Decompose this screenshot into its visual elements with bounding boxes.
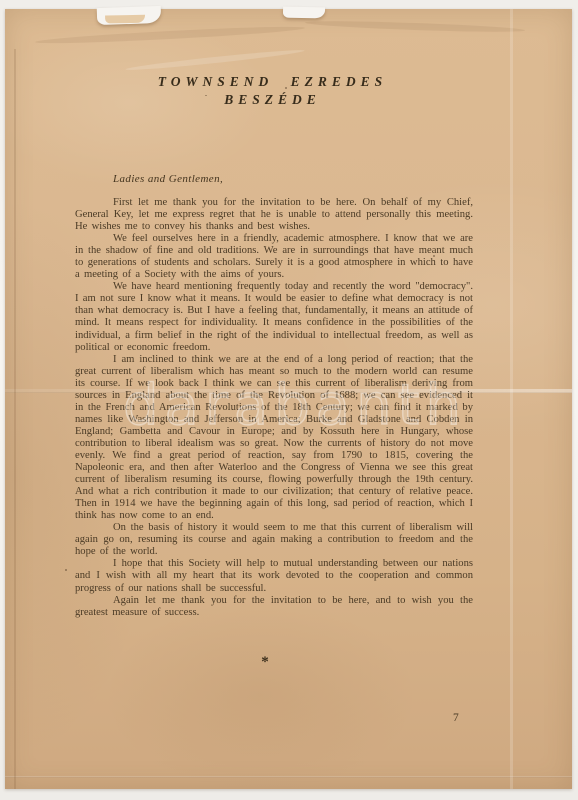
salutation: Ladies and Gentlemen,	[113, 173, 223, 185]
paragraph: We have heard mentioning frequently toda…	[75, 281, 473, 353]
paragraph: We feel ourselves here in a friendly, ac…	[75, 233, 473, 281]
paper-sheet: TOWNSEND EZREDES BESZÉDE Ladies and Gent…	[5, 9, 572, 789]
separator-asterisk: *	[75, 654, 455, 671]
title-line-1: TOWNSEND EZREDES	[75, 73, 470, 91]
speech-body: First let me thank you for the invitatio…	[75, 197, 473, 619]
paragraph: I hope that this Society will help to mu…	[75, 558, 473, 594]
fold-crease-vertical	[510, 9, 513, 789]
paper-tear	[97, 6, 162, 25]
paper-tear	[283, 7, 325, 19]
paragraph: Again let me thank you for the invitatio…	[75, 595, 473, 619]
fold-crease-vertical	[14, 49, 16, 789]
paper-crease	[305, 19, 525, 34]
fold-crease-horizontal	[5, 776, 572, 778]
paper-crease	[35, 24, 305, 46]
paragraph: I am inclined to think we are at the end…	[75, 354, 473, 523]
paper-crease	[125, 48, 305, 73]
scanned-page: TOWNSEND EZREDES BESZÉDE Ladies and Gent…	[0, 0, 578, 800]
page-title: TOWNSEND EZREDES BESZÉDE	[75, 73, 470, 109]
paper-speck	[65, 569, 67, 571]
page-number: 7	[453, 712, 459, 724]
title-line-2: BESZÉDE	[75, 91, 470, 109]
paragraph: First let me thank you for the invitatio…	[75, 197, 473, 233]
paragraph: On the basis of history it would seem to…	[75, 522, 473, 558]
